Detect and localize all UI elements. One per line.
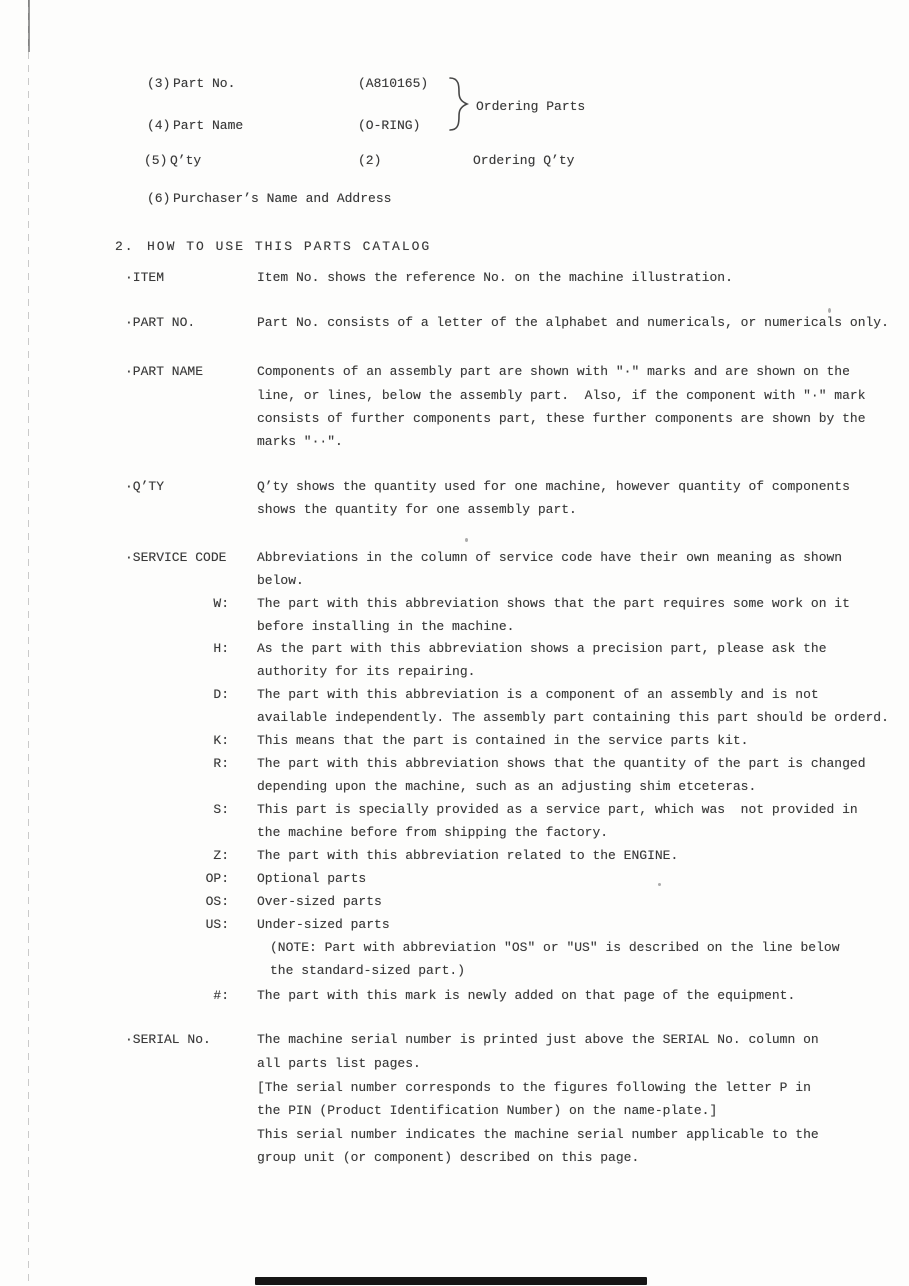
service-code-note-line: (NOTE: Part with abbreviation ″OS″ or ″U…	[270, 940, 840, 956]
service-code-line: The part with this abbreviation related …	[257, 848, 678, 864]
service-code-line: The part with this abbreviation is a com…	[257, 687, 819, 703]
scan-left-edge-line	[28, 0, 29, 1286]
row-number: (6)	[147, 191, 170, 207]
service-code-line: The part with this mark is newly added o…	[257, 988, 795, 1004]
service-code-line: authority for its repairing.	[257, 664, 475, 680]
service-code-letter-z: Z:	[180, 848, 229, 864]
service-code-letter-hash: #:	[180, 988, 229, 1004]
service-code-letter-h: H:	[180, 641, 229, 657]
service-code-line: depending upon the machine, such as an a…	[257, 779, 756, 795]
row-label: Q’ty	[170, 153, 201, 169]
serial-line: all parts list pages.	[257, 1056, 421, 1072]
glossary-line: marks ″··″.	[257, 434, 343, 450]
serial-line: The machine serial number is printed jus…	[257, 1032, 819, 1048]
glossary-line: Components of an assembly part are shown…	[257, 364, 850, 380]
service-code-letter-r: R:	[180, 756, 229, 772]
row-label: Part No.	[173, 76, 235, 92]
glossary-term-part-name: ·PART NAME	[125, 364, 203, 380]
scan-speckle	[658, 883, 661, 886]
row-label: Purchaser’s Name and Address	[173, 191, 391, 207]
serial-line: This serial number indicates the machine…	[257, 1127, 819, 1143]
scanned-parts-catalog-page: (3) Part No. (A810165) (4) Part Name (O-…	[0, 0, 909, 1286]
service-code-line: The part with this abbreviation shows th…	[257, 596, 850, 612]
serial-line: [The serial number corresponds to the fi…	[257, 1080, 811, 1096]
service-code-letter-us: US:	[180, 917, 229, 933]
glossary-line: line, or lines, below the assembly part.…	[257, 388, 866, 404]
glossary-term-item: ·ITEM	[125, 270, 164, 286]
service-code-line: Under-sized parts	[257, 917, 390, 933]
brace-label: Ordering Parts	[476, 99, 585, 115]
section-heading-number: 2.	[115, 239, 135, 255]
glossary-line: shows the quantity for one assembly part…	[257, 502, 577, 518]
row-right-label: Ordering Q’ty	[473, 153, 574, 169]
service-code-letter-op: OP:	[180, 871, 229, 887]
service-code-line: the machine before from shipping the fac…	[257, 825, 608, 841]
service-code-line: This part is specially provided as a ser…	[257, 802, 858, 818]
row-label: Part Name	[173, 118, 243, 134]
row-value: (A810165)	[358, 76, 428, 92]
glossary-term-service-code: ·SERVICE CODE	[125, 550, 226, 566]
service-code-letter-s: S:	[180, 802, 229, 818]
row-number: (3)	[147, 76, 170, 92]
service-code-note-line: the standard-sized part.)	[270, 963, 465, 979]
glossary-line: consists of further components part, the…	[257, 411, 866, 427]
scan-speckle	[828, 308, 831, 313]
service-code-line: The part with this abbreviation shows th…	[257, 756, 866, 772]
row-number: (5)	[144, 153, 167, 169]
glossary-term-qty: ·Q’TY	[125, 479, 164, 495]
glossary-line: Q’ty shows the quantity used for one mac…	[257, 479, 850, 495]
service-code-letter-d: D:	[180, 687, 229, 703]
serial-line: group unit (or component) described on t…	[257, 1150, 639, 1166]
section-heading: HOW TO USE THIS PARTS CATALOG	[147, 239, 431, 255]
glossary-line: Item No. shows the reference No. on the …	[257, 270, 733, 286]
scan-left-edge-dark-segment	[28, 0, 30, 52]
service-code-line: Over-sized parts	[257, 894, 382, 910]
service-code-letter-k: K:	[180, 733, 229, 749]
row-value: (2)	[358, 153, 381, 169]
service-code-line: As the part with this abbreviation shows…	[257, 641, 827, 657]
service-code-line: available independently. The assembly pa…	[257, 710, 889, 726]
brace-icon	[447, 76, 471, 132]
serial-line: the PIN (Product Identification Number) …	[257, 1103, 717, 1119]
glossary-line: below.	[257, 573, 304, 589]
glossary-line: Abbreviations in the column of service c…	[257, 550, 842, 566]
glossary-line: Part No. consists of a letter of the alp…	[257, 315, 889, 331]
row-value: (O-RING)	[358, 118, 420, 134]
glossary-term-serial-no: ·SERIAL No.	[125, 1032, 211, 1048]
service-code-line: before installing in the machine.	[257, 619, 514, 635]
service-code-line: This means that the part is contained in…	[257, 733, 748, 749]
service-code-letter-w: W:	[180, 596, 229, 612]
scan-speckle	[465, 538, 468, 542]
service-code-line: Optional parts	[257, 871, 366, 887]
scan-bottom-bar	[255, 1277, 647, 1285]
service-code-letter-os: OS:	[180, 894, 229, 910]
row-number: (4)	[147, 118, 170, 134]
glossary-term-part-no: ·PART NO.	[125, 315, 195, 331]
